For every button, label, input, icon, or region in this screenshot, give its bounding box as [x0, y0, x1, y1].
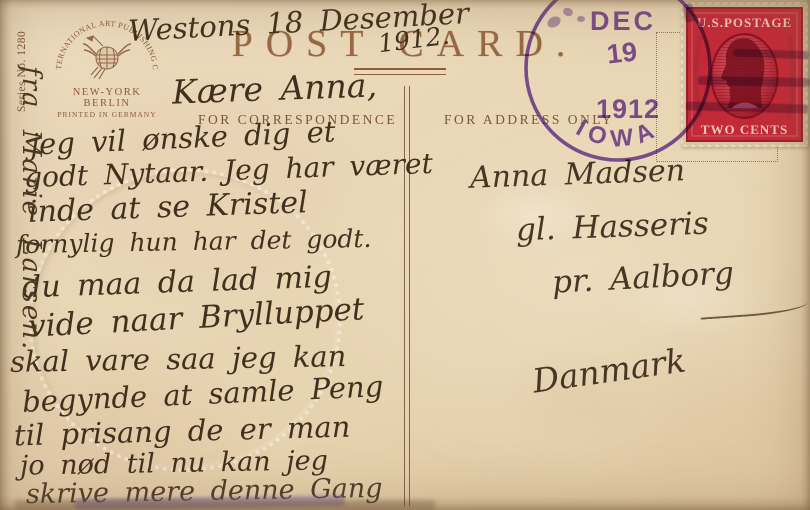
sender-name-vertical: fra Marie Larsen.	[12, 66, 46, 478]
message-line: til prisang de er man	[14, 413, 351, 451]
message-line: fornylig hun har det godt.	[16, 226, 372, 257]
postmark-day: 19	[605, 37, 638, 70]
publisher-printed-in: PRINTED IN GERMANY	[48, 110, 166, 119]
eagle-globe-emblem	[83, 36, 131, 79]
postmark-month: DEC	[590, 6, 656, 36]
postmark-smudges	[545, 7, 585, 30]
postcard-scan: Series No. 1280 INTERNATIONAL ART PUBLIS…	[0, 0, 810, 510]
ink-smear-bottom	[15, 500, 435, 510]
message-line: skal vare saa jeg kan	[10, 342, 347, 377]
cancel-bar	[698, 76, 810, 87]
address-line-city: pr. Aalborg	[551, 258, 734, 298]
publisher-cities: NEW-YORK BERLIN	[48, 87, 166, 109]
handwritten-salutation: Kære Anna,	[171, 68, 377, 108]
